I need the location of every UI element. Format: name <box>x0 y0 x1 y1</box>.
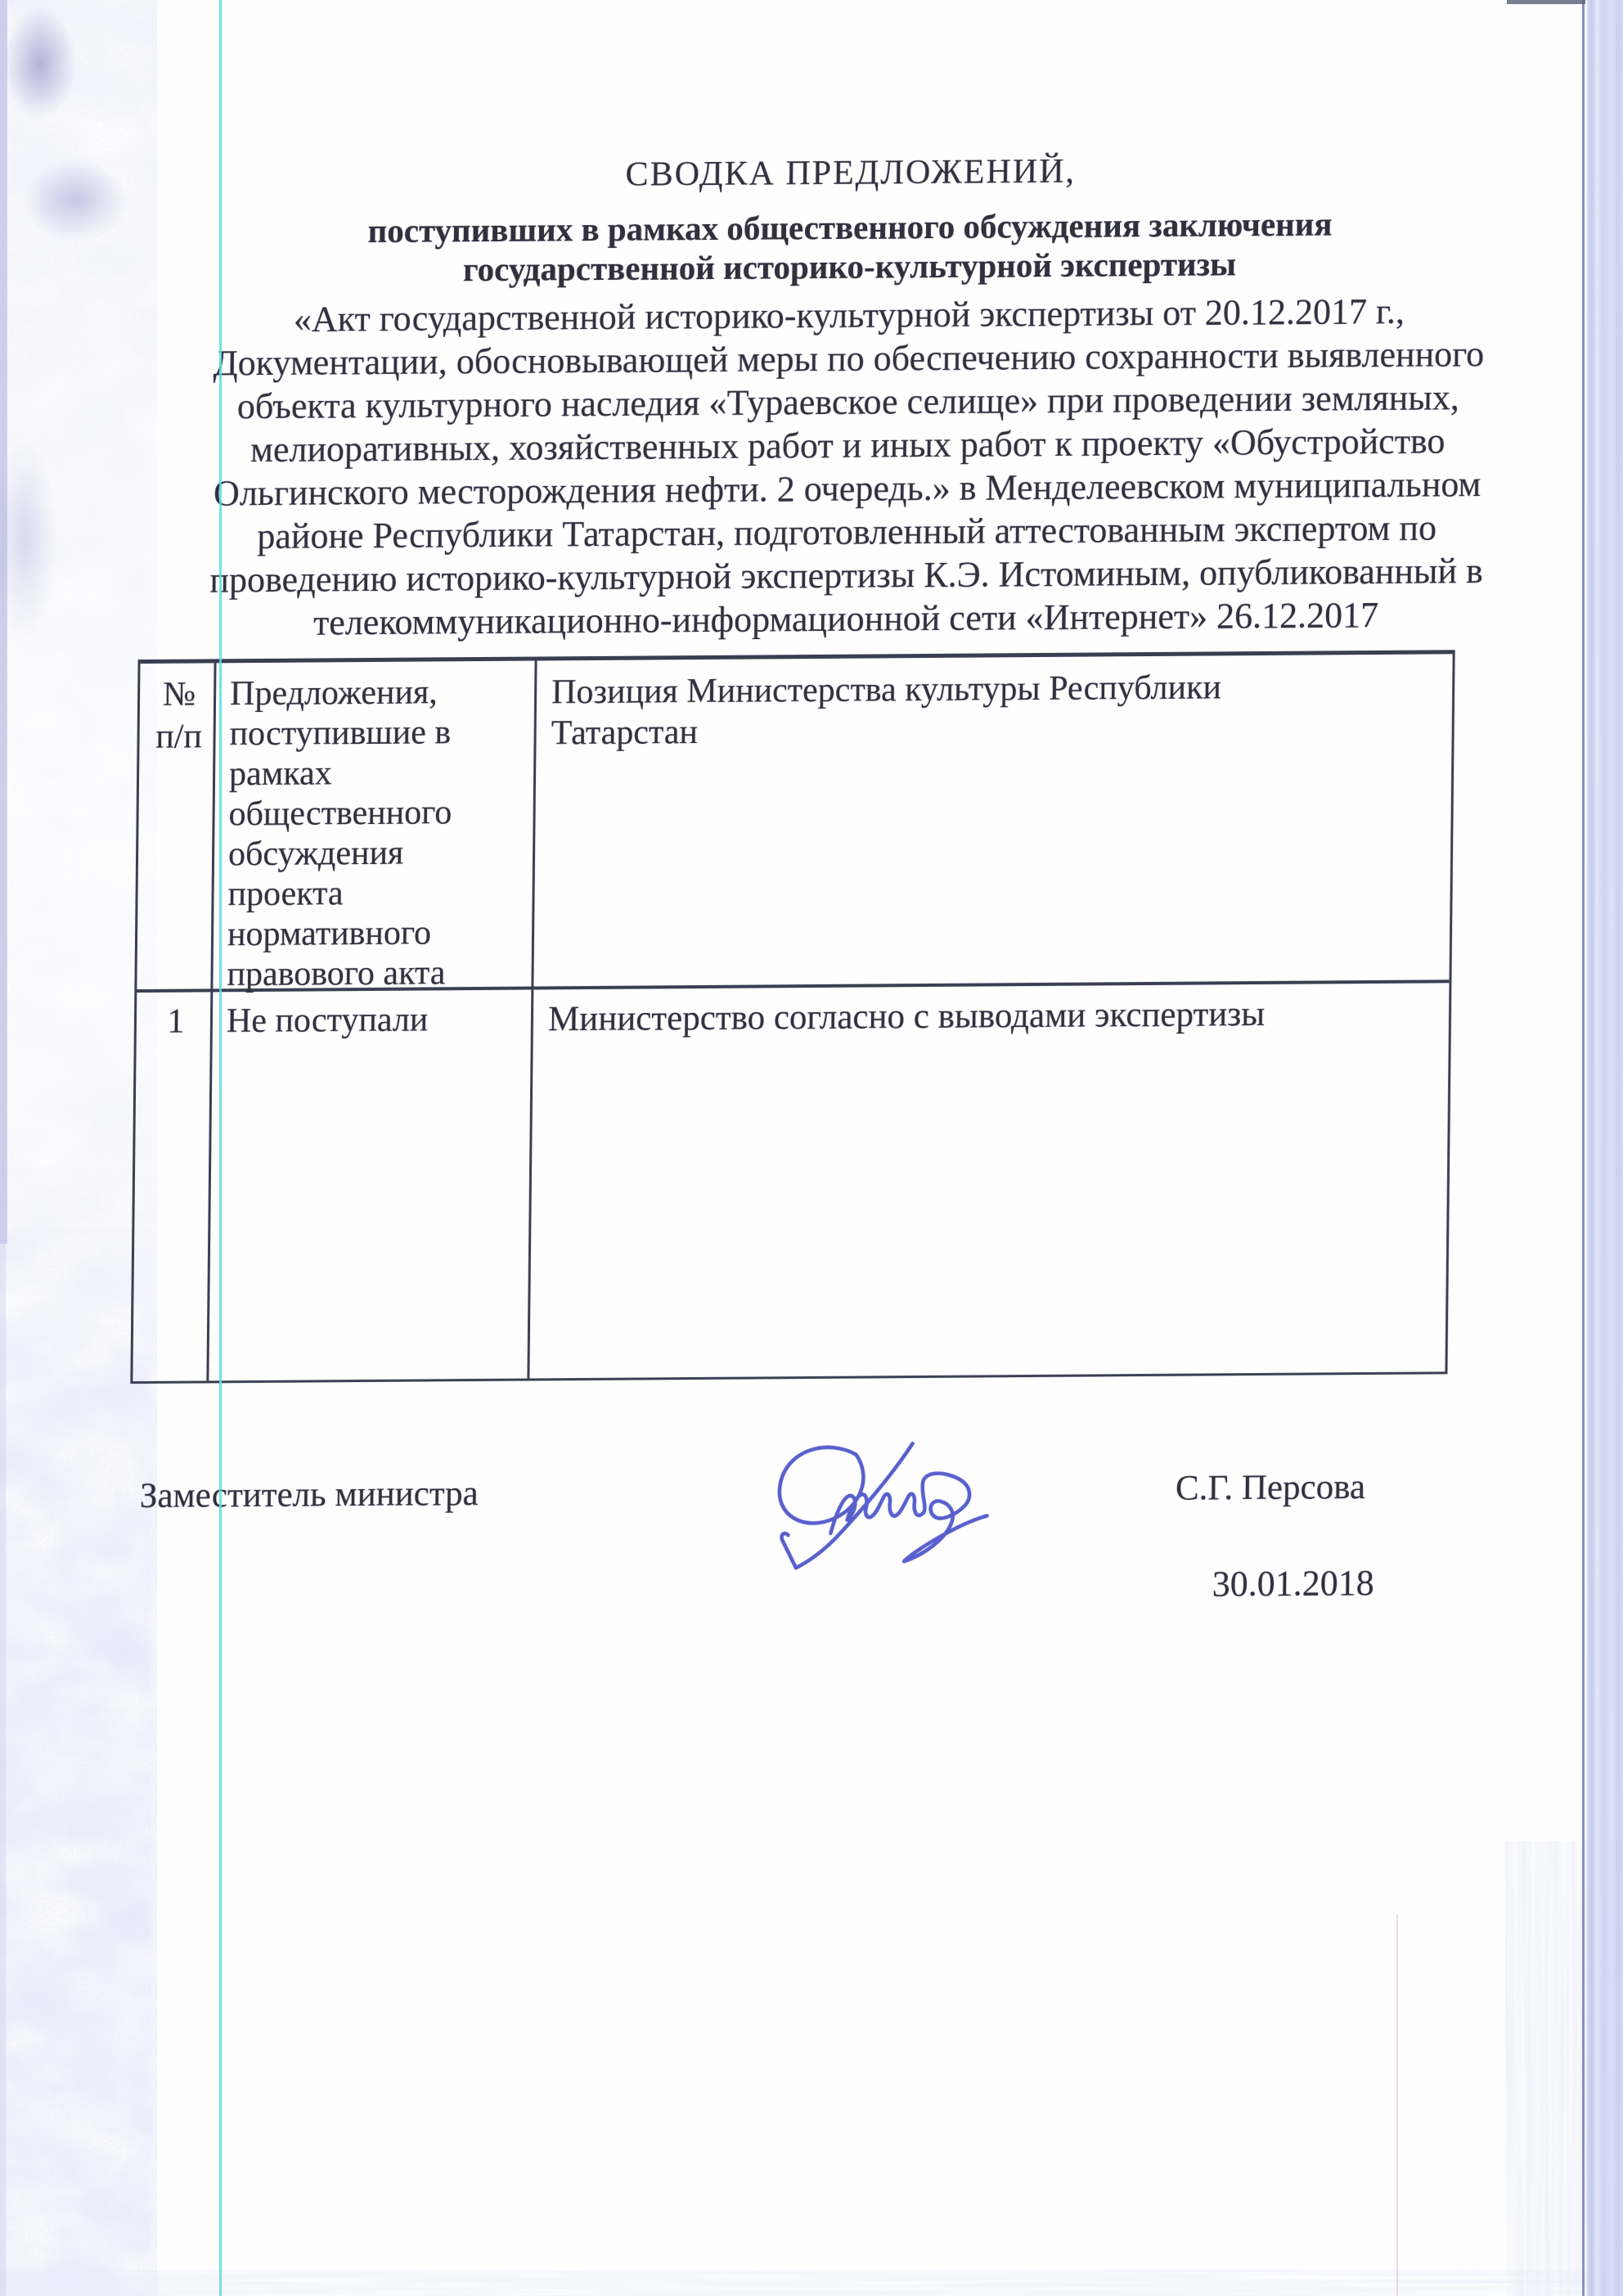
header-cell-line: обсуждения <box>228 833 452 875</box>
document-intro-paragraph: «Акт государственной историко-культурной… <box>167 289 1529 646</box>
header-cell-line: Позиция Министерства культуры Республики <box>551 667 1221 713</box>
signoff-name: С.Г. Персова <box>1176 1467 1366 1509</box>
table-column-divider-2 <box>527 661 537 1379</box>
header-cell-line: № <box>146 673 213 716</box>
table-header-number-column: № п/п <box>146 673 212 759</box>
header-cell-line: рамках <box>229 753 452 795</box>
table-header-position-column: Позиция Министерства культуры Республики… <box>551 667 1221 754</box>
table-row-number: 1 <box>143 1000 209 1043</box>
document-header: СВОДКА ПРЕДЛОЖЕНИЙ, поступивших в рамках… <box>167 144 1530 646</box>
header-cell-line: нормативного <box>227 913 451 955</box>
header-cell-line: правового акта <box>227 953 450 995</box>
proposals-table: № п/п Предложения, поступившие в рамках … <box>130 650 1454 1384</box>
signature-stroke <box>779 1443 988 1568</box>
header-cell-line: Татарстан <box>551 708 1221 754</box>
document-content: СВОДКА ПРЕДЛОЖЕНИЙ, поступивших в рамках… <box>0 0 1623 2296</box>
header-cell-line: п/п <box>146 715 212 759</box>
header-cell-line: поступившие в <box>229 713 452 754</box>
table-row-proposal: Не поступали <box>227 1000 429 1042</box>
header-cell-line: общественного <box>228 793 452 835</box>
scanned-document-page: СВОДКА ПРЕДЛОЖЕНИЙ, поступивших в рамках… <box>0 0 1623 2296</box>
table-row-position: Министерство согласно с выводами эксперт… <box>548 994 1266 1040</box>
document-title: СВОДКА ПРЕДЛОЖЕНИЙ, <box>171 144 1530 203</box>
header-cell-line: проекта <box>227 873 451 915</box>
header-cell-line: Предложения, <box>230 673 453 714</box>
signoff-post-title: Заместитель министра <box>140 1474 479 1516</box>
signoff-date: 30.01.2018 <box>1212 1562 1375 1605</box>
signature-handwriting <box>684 1399 1014 1647</box>
intro-line: телекоммуникационно-информационной сети … <box>167 592 1526 646</box>
table-header-proposals-column: Предложения, поступившие в рамках общест… <box>227 673 453 995</box>
